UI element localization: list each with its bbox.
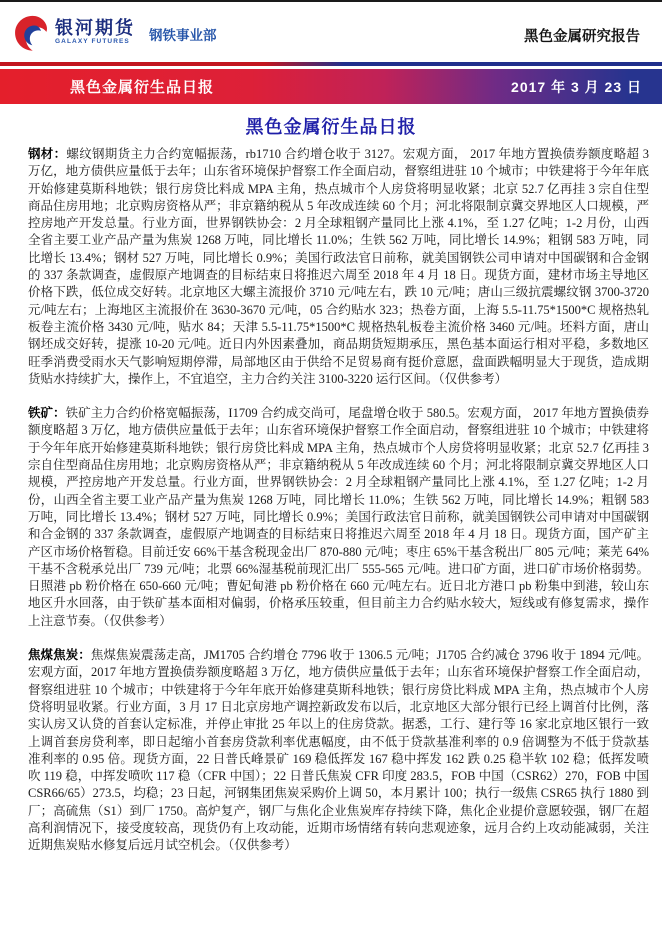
header: 银河期货 GALAXY FUTURES 钢铁事业部 黑色金属研究报告: [0, 2, 662, 62]
section-steel: 钢材：螺纹钢期货主力合约宽幅振荡，rb1710 合约增仓收于 3127。宏观方面…: [28, 146, 649, 388]
brand-block: 银河期货 GALAXY FUTURES: [55, 19, 135, 46]
title-banner: 黑色金属衍生品日报 2017 年 3 月 23 日: [0, 69, 662, 104]
section-coking-coal-text: 焦煤焦炭震荡走高，JM1705 合约增仓 7796 收于 1306.5 元/吨；…: [28, 648, 649, 852]
brand-name-en: GALAXY FUTURES: [55, 39, 135, 46]
report-page: 银河期货 GALAXY FUTURES 钢铁事业部 黑色金属研究报告 黑色金属衍…: [0, 0, 662, 936]
report-date: 2017 年 3 月 23 日: [511, 77, 642, 97]
report-body: 钢材：螺纹钢期货主力合约宽幅振荡，rb1710 合约增仓收于 3127。宏观方面…: [0, 146, 662, 855]
galaxy-futures-logo-icon: [14, 13, 50, 53]
section-coking-coal: 焦煤焦炭：焦煤焦炭震荡走高，JM1705 合约增仓 7796 收于 1306.5…: [28, 647, 649, 855]
section-iron-ore: 铁矿：铁矿主力合约价格宽幅振荡，I1709 合约成交尚可，尾盘增仓收于 580.…: [28, 405, 649, 630]
section-coking-coal-label: 焦煤焦炭：: [28, 648, 91, 662]
report-type-label: 黑色金属研究报告: [524, 25, 640, 46]
section-iron-ore-text: 铁矿主力合约价格宽幅振荡，I1709 合约成交尚可，尾盘增仓收于 580.5。宏…: [28, 406, 649, 628]
section-steel-text: 螺纹钢期货主力合约宽幅振荡，rb1710 合约增仓收于 3127。宏观方面， 2…: [28, 147, 649, 386]
banner-title: 黑色金属衍生品日报: [70, 76, 214, 97]
section-steel-label: 钢材：: [28, 147, 66, 161]
divider-stripe: [0, 62, 662, 66]
brand-name-cn: 银河期货: [55, 19, 135, 37]
document-title: 黑色金属衍生品日报: [0, 113, 662, 139]
section-iron-ore-label: 铁矿：: [28, 406, 66, 420]
department-label: 钢铁事业部: [149, 24, 217, 44]
